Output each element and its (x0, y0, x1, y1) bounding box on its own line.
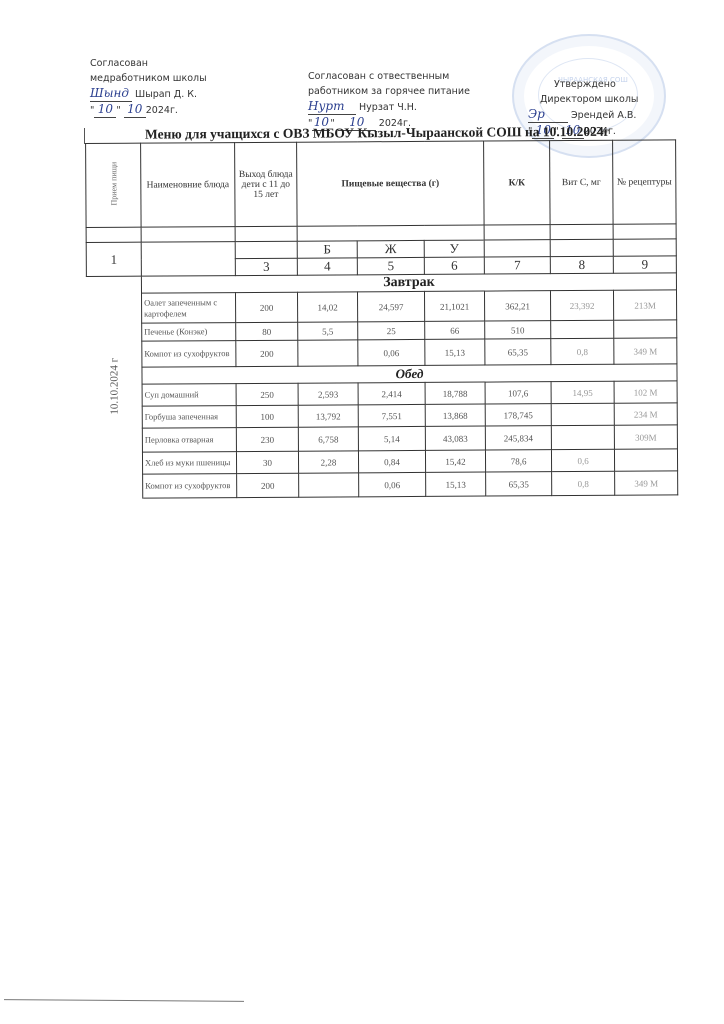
cell-vitc: 0,8 (551, 338, 614, 364)
header-vitc: Вит С, мг (550, 140, 614, 224)
col-number-1: 1 (86, 242, 141, 276)
cell-zh: 0,06 (358, 339, 425, 365)
cell-kk: 107,6 (485, 382, 551, 404)
header-u: У (424, 240, 484, 257)
header-recipe: № рецептуры (613, 140, 677, 224)
cell-dish: Суп домашний (142, 384, 236, 407)
cell-zh: 0,84 (358, 450, 425, 472)
approval-line: Утверждено (540, 77, 638, 92)
cell-dish: Горбуша запеченная (142, 406, 236, 429)
cell-vitc (551, 320, 614, 338)
margin-mark (84, 128, 85, 144)
col-number-4: 4 (297, 258, 357, 275)
header-zh: Ж (357, 240, 424, 257)
cell-vitc (551, 425, 614, 449)
cell-kk: 65,35 (485, 339, 551, 365)
date-year: 2024г. (146, 105, 178, 116)
cell-recipe (614, 320, 677, 338)
cell-b: 5,5 (298, 322, 358, 340)
dish-row: Компот из сухофруктов2000,0615,1365,350,… (87, 338, 677, 368)
cell-kk: 245,834 (485, 426, 551, 450)
approval-food-responsible: Согласован с отвественным работником за … (308, 69, 470, 131)
cell-vitc (551, 403, 614, 425)
col-number-6: 6 (424, 257, 484, 274)
header-nutrients: Пищевые вещества (г) (297, 141, 485, 226)
cell-kk: 78,6 (485, 450, 551, 472)
menu-document: Меню для учащихся с ОВЗ МБОУ Кызыл-Чыраа… (85, 126, 677, 130)
dish-row: Перловка отварная2306,7585,1443,083245,8… (87, 425, 677, 453)
cell-u: 43,083 (425, 426, 485, 450)
header-meal: Прием пищи (109, 162, 118, 206)
col-number-5: 5 (357, 257, 424, 274)
cell-dish: Оалет запеченным с картофелем (141, 293, 235, 324)
col-number-7: 7 (484, 257, 550, 274)
approval-line: Директором школы (540, 92, 638, 107)
date-day: 10 (94, 102, 116, 118)
approval-line: работником за горячее питание (308, 84, 470, 99)
cell-zh: 0,06 (359, 472, 426, 496)
dish-row: Компот из сухофруктов2000,0615,1365,350,… (88, 471, 678, 499)
col-number-3: 3 (235, 258, 297, 275)
cell-kk: 362,21 (485, 291, 551, 321)
cell-b: 13,792 (298, 405, 358, 427)
cell-zh: 24,597 (357, 291, 424, 321)
cell-recipe: 102 М (614, 381, 677, 403)
cell-zh: 7,551 (358, 404, 425, 426)
cell-portion: 200 (236, 340, 298, 366)
header-kk: К/К (484, 141, 551, 225)
dish-row: Оалет запеченным с картофелем20014,0224,… (86, 290, 676, 324)
cell-vitc: 14,95 (551, 381, 614, 403)
header-b: Б (297, 241, 357, 258)
cell-kk: 178,745 (485, 404, 551, 426)
cell-b (299, 473, 359, 497)
bottom-rule (4, 999, 244, 1002)
cell-portion: 200 (235, 292, 297, 322)
cell-vitc: 0,8 (552, 471, 615, 495)
cell-portion: 230 (236, 427, 298, 451)
cell-portion: 100 (236, 405, 298, 427)
cell-u: 66 (425, 321, 485, 339)
cell-portion: 250 (236, 383, 298, 405)
cell-u: 15,42 (425, 450, 485, 472)
cell-b (298, 340, 358, 366)
cell-kk: 510 (485, 321, 551, 339)
cell-zh: 25 (358, 321, 425, 339)
menu-table: Прием пищи Наименовние блюда Выход блюда… (85, 139, 678, 499)
cell-recipe: 349 М (615, 471, 678, 495)
cell-kk: 65,35 (486, 472, 552, 496)
cell-b: 2,28 (298, 451, 358, 473)
cell-u: 13,868 (425, 404, 485, 426)
signature: Нурт (308, 99, 356, 115)
approval-line: Согласован (90, 56, 207, 71)
cell-u: 18,788 (425, 382, 485, 404)
cell-recipe (614, 449, 677, 471)
date-month: 10 (124, 102, 146, 118)
cell-recipe: 349 М (614, 338, 677, 364)
signature: Эр (528, 107, 568, 123)
cell-zh: 2,414 (358, 382, 425, 404)
cell-dish: Перловка отварная (142, 428, 236, 453)
cell-zh: 5,14 (358, 426, 425, 450)
approval-medical: Согласован медработником школы Шынд Шыра… (90, 56, 207, 118)
approval-line: Согласован с отвественным (308, 69, 470, 84)
cell-b: 2,593 (298, 383, 358, 405)
cell-b: 14,02 (297, 292, 357, 322)
cell-portion: 30 (236, 451, 298, 473)
cell-dish: Компот из сухофруктов (142, 341, 236, 368)
cell-vitc: 0,6 (551, 449, 614, 471)
col-number-9: 9 (613, 256, 676, 273)
cell-recipe: 213М (614, 290, 677, 320)
approval-line: медработником школы (90, 71, 207, 86)
approver-name: Нурзат Ч.Н. (359, 102, 417, 113)
cell-dish: Компот из сухофруктов (143, 474, 237, 499)
cell-recipe: 234 М (614, 403, 677, 425)
date-cell: 10.10.2024 г (86, 276, 142, 498)
cell-u: 15,13 (425, 339, 485, 365)
cell-vitc: 23,392 (551, 290, 614, 320)
approver-name: Шырап Д. К. (135, 89, 197, 100)
date-label: 10.10.2024 г (108, 358, 120, 415)
cell-portion: 80 (236, 322, 298, 340)
header-dish: Наименовние блюда (141, 143, 236, 228)
col-number-8: 8 (550, 256, 613, 273)
cell-recipe: 309М (614, 425, 677, 449)
cell-u: 21,1021 (424, 291, 484, 321)
approver-name: Эрендей А.В. (571, 110, 636, 121)
cell-b: 6,758 (298, 427, 358, 451)
signature: Шынд (90, 86, 132, 102)
header-row: Прием пищи Наименовние блюда Выход блюда… (86, 140, 677, 228)
cell-portion: 200 (237, 473, 299, 497)
cell-u: 15,13 (426, 472, 486, 496)
cell-dish: Хлеб из муки пшеницы (142, 452, 236, 475)
header-portion: Выход блюда дети с 11 до 15 лет (235, 142, 298, 226)
cell-dish: Печенье (Конэке) (142, 323, 236, 342)
